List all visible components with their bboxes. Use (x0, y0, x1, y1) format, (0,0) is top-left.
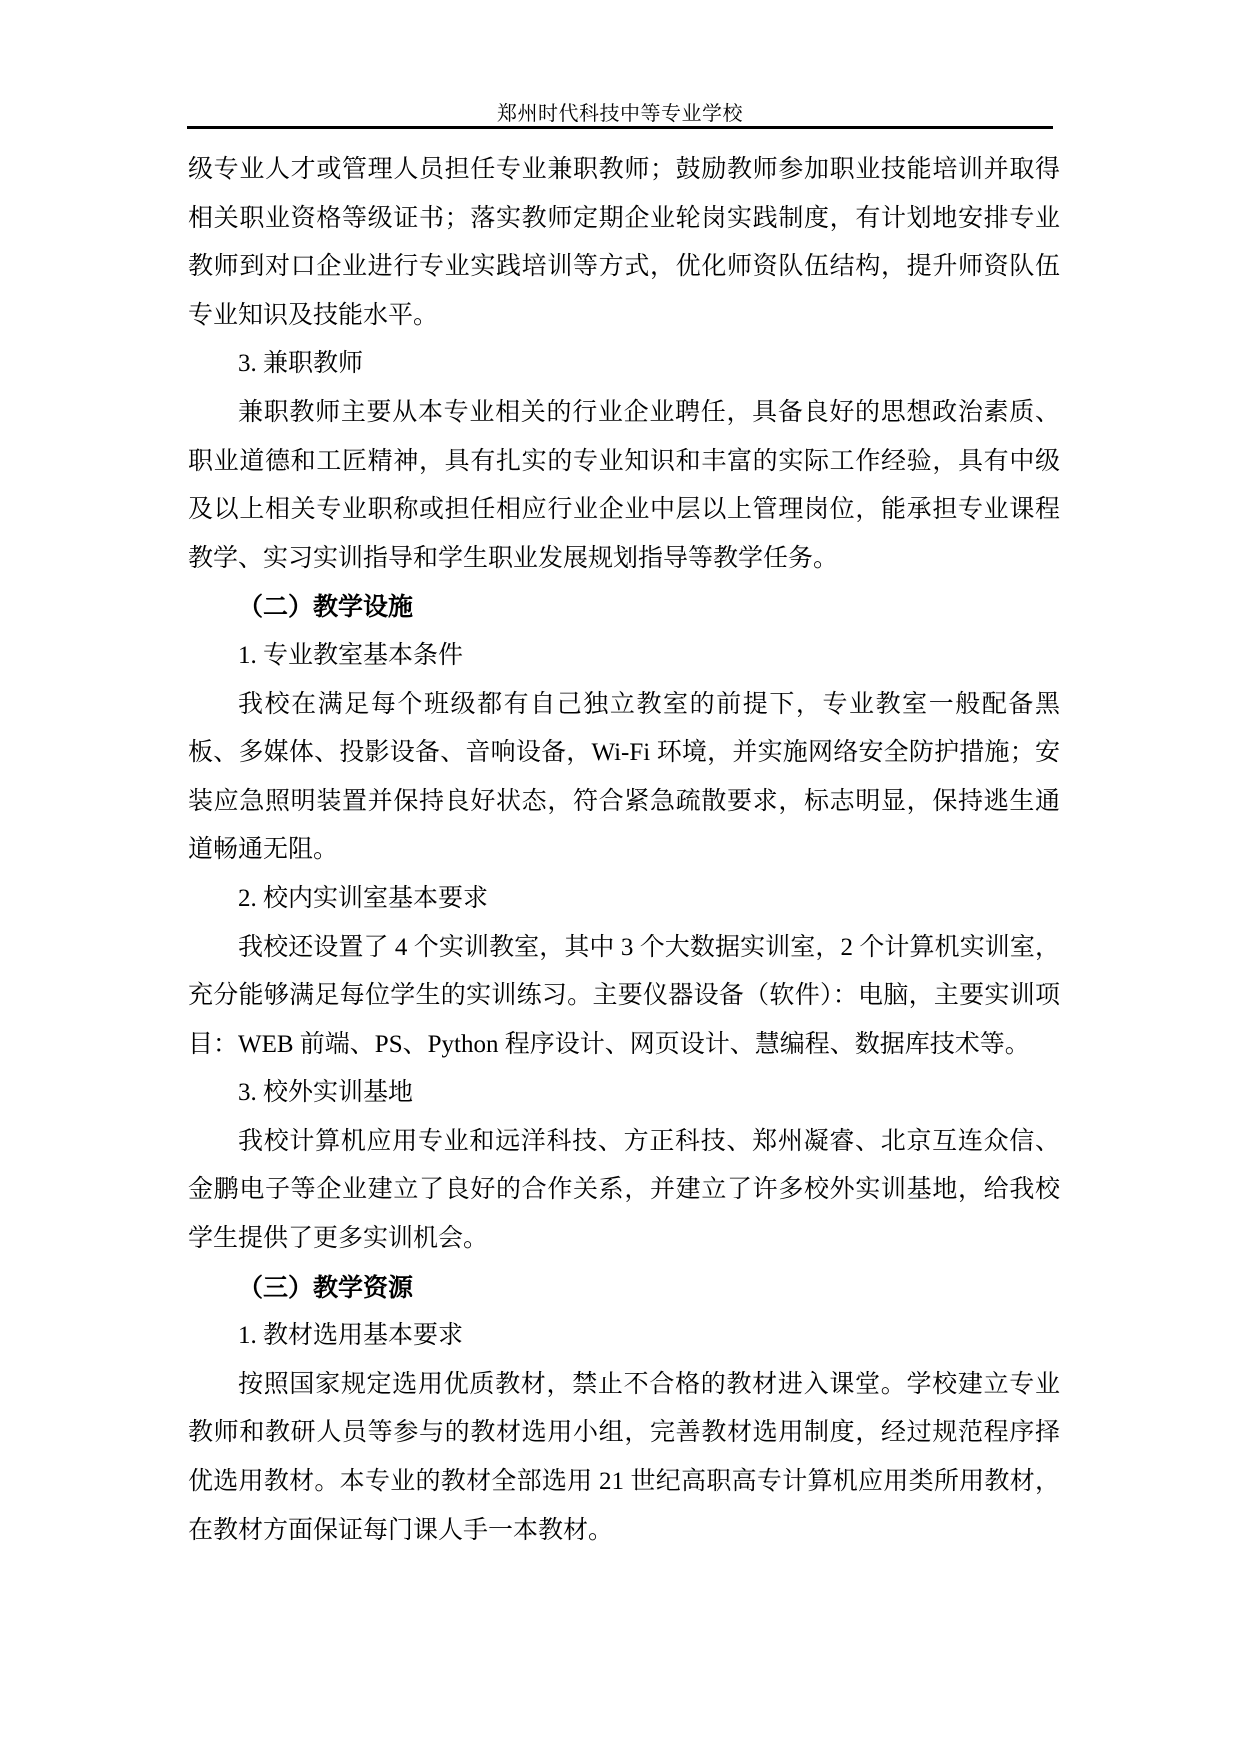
subheading-1-classroom-basic-conditions: 1. 专业教室基本条件 (188, 632, 1060, 681)
para-teacher-team-continued: 级专业人才或管理人员担任专业兼职教师；鼓励教师参加职业技能培训并取得相关职业资格… (188, 146, 1060, 340)
para-campus-training-rooms: 我校还设置了 4 个实训教室，其中 3 个大数据实训室，2 个计算机实训室，充分… (188, 924, 1060, 1070)
page-header-title: 郑州时代科技中等专业学校 (187, 97, 1053, 126)
para-external-training-bases: 我校计算机应用专业和远洋科技、方正科技、郑州凝睿、北京互连众信、金鹏电子等企业建… (188, 1118, 1060, 1264)
subheading-2-campus-training-room-requirements: 2. 校内实训室基本要求 (188, 875, 1060, 924)
para-part-time-teachers: 兼职教师主要从本专业相关的行业企业聘任，具备良好的思想政治素质、职业道德和工匠精… (188, 389, 1060, 583)
para-textbook-selection: 按照国家规定选用优质教材，禁止不合格的教材进入课堂。学校建立专业教师和教研人员等… (188, 1361, 1060, 1555)
document-body: 级专业人才或管理人员担任专业兼职教师；鼓励教师参加职业技能培训并取得相关职业资格… (188, 146, 1060, 1555)
subheading-3-part-time-teachers: 3. 兼职教师 (188, 340, 1060, 389)
document-page: 郑州时代科技中等专业学校 级专业人才或管理人员担任专业兼职教师；鼓励教师参加职业… (0, 0, 1241, 1754)
heading-2-teaching-facilities: （二）教学设施 (188, 583, 1060, 632)
header-rule (187, 126, 1053, 129)
para-classroom-basic-conditions: 我校在满足每个班级都有自己独立教室的前提下，专业教室一般配备黑板、多媒体、投影设… (188, 681, 1060, 875)
subheading-3-external-training-bases: 3. 校外实训基地 (188, 1069, 1060, 1118)
heading-3-teaching-resources: （三）教学资源 (188, 1264, 1060, 1313)
subheading-1-textbook-selection-requirements: 1. 教材选用基本要求 (188, 1312, 1060, 1361)
